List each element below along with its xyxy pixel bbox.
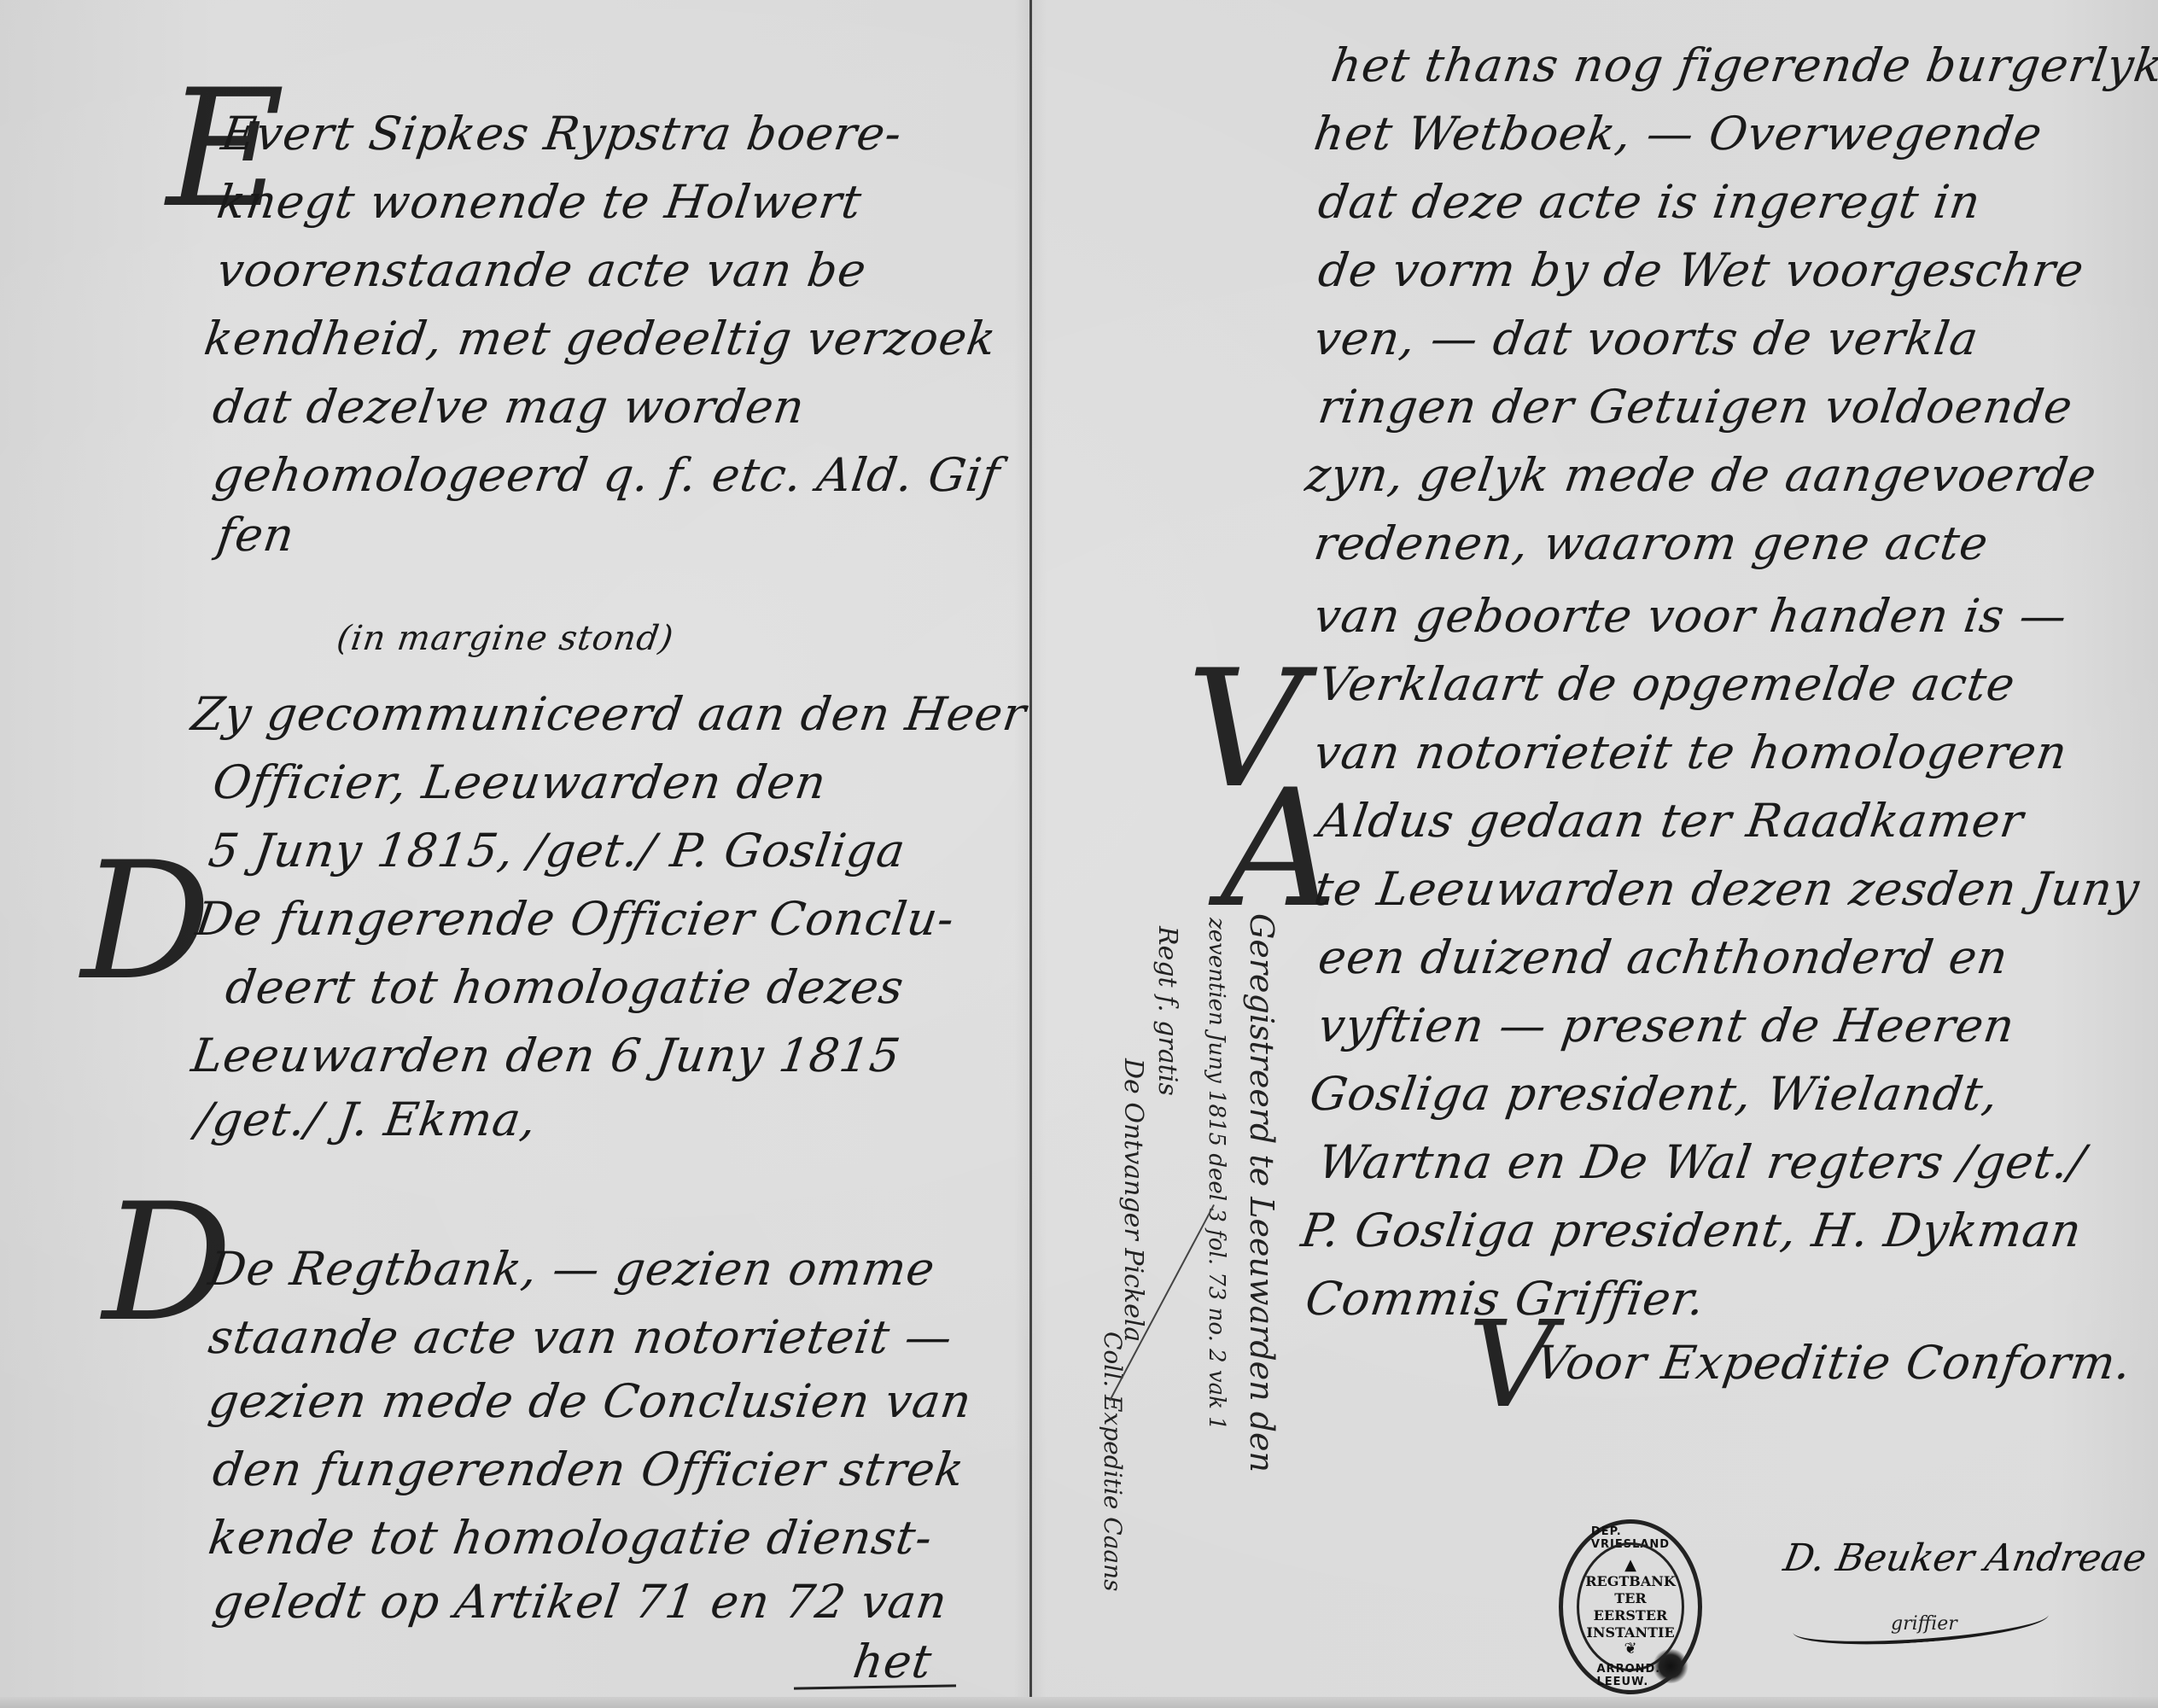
text-line: Verklaart de opgemelde acte — [1315, 657, 2019, 711]
text-line: kendheid, met gedeeltig verzoek — [201, 312, 1000, 365]
flourish-underline — [794, 1684, 956, 1689]
clerk-signature: D. Beuker Andreae — [1781, 1536, 2150, 1580]
signature-title: griffier — [1891, 1613, 1957, 1635]
crown-emblem-icon: ▲ — [1624, 1558, 1636, 1573]
text-line: De Regtbank, — gezien omme — [206, 1242, 939, 1296]
fleuron-emblem-icon: ❦ — [1624, 1641, 1636, 1657]
text-line: het thans nog figerende burgerlyk — [1328, 38, 2158, 92]
text-line: deert tot homologatie dezes — [223, 960, 907, 1014]
text-line: Evert Sipkes Rypstra boere- — [219, 107, 906, 160]
text-line: fen — [214, 508, 299, 562]
text-line: ven, — dat voorts de verkla — [1311, 312, 1982, 365]
text-line: zyn, gelyk mede de aangevoerde — [1303, 448, 2101, 502]
text-line: den fungerenden Officier strek — [210, 1443, 968, 1496]
text-line: Officier, Leeuwarden den — [210, 755, 831, 809]
text-line: het Wetboek, — Overwegende — [1311, 107, 2046, 160]
stamp-center-line: INSTANTIE — [1586, 1624, 1674, 1641]
left-page: E Evert Sipkes Rypstra boere- knegt wone… — [0, 0, 1029, 1708]
text-line: geledt op Artikel 71 en 72 van — [210, 1575, 951, 1629]
text-line: staande acte van notorieteit — — [206, 1310, 956, 1364]
text-line: knegt wonende te Holwert — [214, 175, 866, 229]
text-line: Gosliga president, Wielandt, — [1307, 1067, 2003, 1121]
court-seal-stamp: DEP. VRIESLAND ▲ REGTBANK TER EERSTER IN… — [1559, 1519, 1702, 1694]
text-line: de vorm by de Wet voorgeschre — [1315, 243, 2088, 297]
text-line: redenen, waarom gene acte — [1311, 516, 1992, 570]
text-line: het — [850, 1635, 936, 1688]
registration-note-line: Coll. Expeditie Caans — [1099, 1332, 1127, 1592]
text-line: dat dezelve mag worden — [210, 380, 808, 434]
text-line: Zy gecommuniceerd aan den Heer — [189, 687, 1030, 741]
registration-note-line: De Ontvanger Pickela — [1118, 1058, 1148, 1342]
text-line: Leeuwarden den 6 Juny 1815 — [189, 1029, 904, 1082]
text-line: kende tot homologatie dienst- — [206, 1511, 936, 1565]
text-line: P. Gosliga president, H. Dykman — [1298, 1204, 2085, 1257]
registration-note-line: Regt f. gratis — [1152, 926, 1182, 1096]
text-line: Voor Expeditie Conform. — [1533, 1336, 2136, 1390]
text-line: Aldus gedaan ter Raadkamer — [1315, 794, 2027, 848]
text-line: ringen der Getuigen voldoende — [1315, 380, 2077, 434]
registration-note-line: Geregistreerd te Leeuwarden den — [1243, 913, 1280, 1472]
stamp-center-line: REGTBANK — [1585, 1573, 1676, 1590]
text-line: een duizend achthonderd en — [1315, 930, 2012, 984]
text-line: gezien mede de Conclusien van — [206, 1374, 976, 1428]
text-line: gehomologeerd q. f. etc. Ald. Gif — [210, 448, 1004, 502]
text-line: /get./ J. Ekma, — [193, 1093, 540, 1146]
text-line: 5 Juny 1815, /get./ P. Gosliga — [206, 824, 909, 877]
text-line: van notorieteit te homologeren — [1311, 726, 2072, 779]
stamp-center-line: TER EERSTER — [1579, 1590, 1682, 1624]
text-line: voorenstaande acte van be — [214, 243, 871, 297]
text-line: van geboorte voor handen is — — [1311, 589, 2071, 643]
text-line: te Leeuwarden dezen zesden Juny — [1311, 862, 2143, 916]
decorative-initial-d: D — [81, 841, 211, 1003]
registration-note-line: zeventien Juny 1815 deel 3 fol. 73 no. 2… — [1204, 918, 1229, 1431]
text-line: Wartna en De Wal regters /get./ — [1315, 1135, 2090, 1189]
text-line: De fungerende Officier Conclu- — [193, 892, 959, 946]
text-line: dat deze acte is ingeregt in — [1315, 175, 1985, 229]
page-fold-divider — [1029, 0, 1032, 1708]
margin-notice-heading: (in margine stond) — [335, 619, 676, 658]
ink-smudge — [1652, 1649, 1689, 1683]
text-line: vyftien — present de Heeren — [1315, 999, 2019, 1052]
